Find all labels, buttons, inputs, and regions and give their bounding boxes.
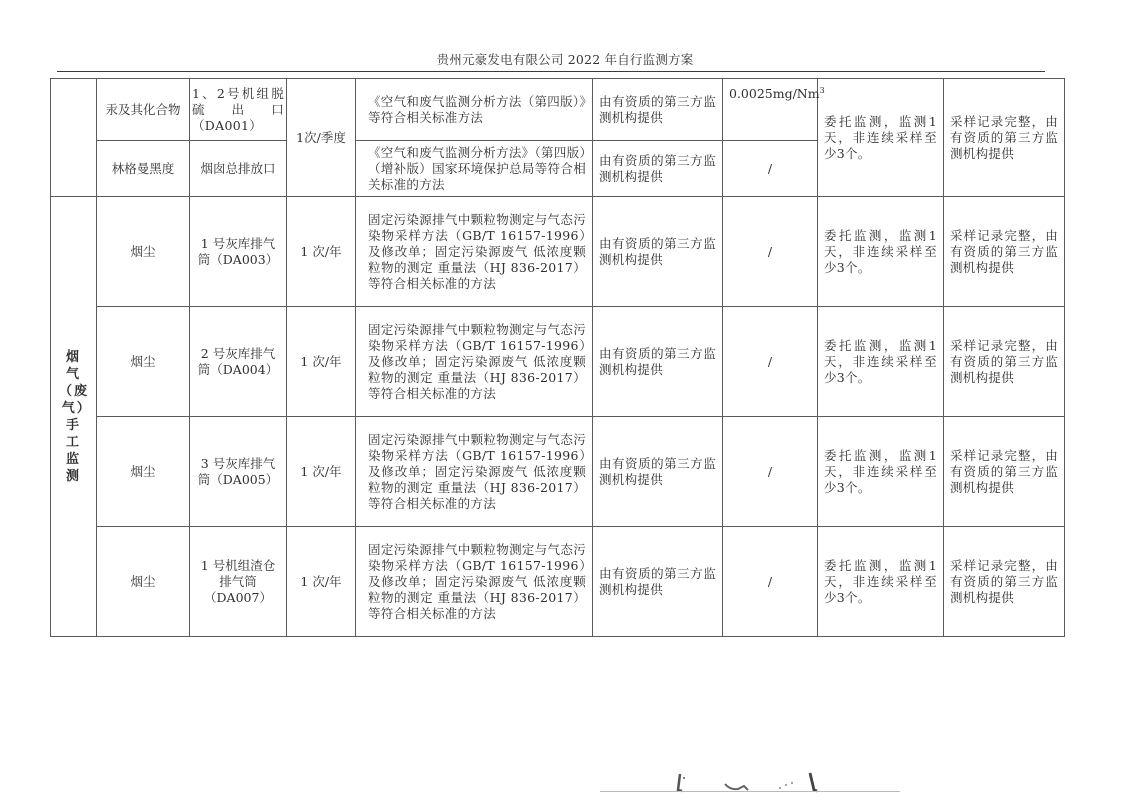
detection-limit-cell: /	[723, 307, 818, 417]
frequency-cell: 1 次/年	[287, 197, 356, 307]
location-cell: 2 号灰库排气筒（DA004）	[190, 307, 287, 417]
frequency-cell: 1次/季度	[287, 79, 356, 197]
location-cell: 烟囱总排放口	[190, 141, 287, 197]
instrument-cell: 由有资质的第三方监测机构提供	[593, 79, 723, 141]
table-row: 烟尘 3 号灰库排气筒（DA005） 1 次/年 固定污染源排气中颗粒物测定与气…	[51, 417, 1065, 527]
table-row: 汞及其化合物 1、2号机组脱硫出口（DA001） 1次/季度 《空气和废气监测分…	[51, 79, 1065, 141]
header-rule	[57, 71, 1045, 72]
footer-rule	[600, 791, 900, 792]
detection-limit-cell: /	[723, 527, 818, 637]
frequency-cell: 1 次/年	[287, 417, 356, 527]
detection-limit-cell: /	[723, 417, 818, 527]
detection-limit-superscript: 3	[820, 86, 825, 95]
instrument-cell: 由有资质的第三方监测机构提供	[593, 417, 723, 527]
method-cell: 固定污染源排气中颗粒物测定与气态污染物采样方法（GB/T 16157-1996）…	[356, 417, 593, 527]
detection-limit-cell: /	[723, 141, 818, 197]
sampling-cell: 委托监测，监测1天，非连续采样至少3个。	[818, 197, 944, 307]
qa-cell: 采样记录完整，由有资质的第三方监测机构提供	[944, 417, 1065, 527]
detection-limit-cell: 0.0025mg/Nm3	[723, 79, 818, 141]
instrument-cell: 由有资质的第三方监测机构提供	[593, 141, 723, 197]
instrument-cell: 由有资质的第三方监测机构提供	[593, 307, 723, 417]
qa-cell: 采样记录完整，由有资质的第三方监测机构提供	[944, 79, 1065, 197]
category-cell: 烟气（废气）手工监测	[51, 197, 97, 637]
sampling-cell: 委托监测，监测1天，非连续采样至少3个。	[818, 307, 944, 417]
sampling-cell: 委托监测，监测1天，非连续采样至少3个。	[818, 417, 944, 527]
pollutant-cell: 烟尘	[97, 197, 190, 307]
pollutant-cell: 烟尘	[97, 417, 190, 527]
table-row: 烟尘 1 号机组渣仓排气筒（DA007） 1 次/年 固定污染源排气中颗粒物测定…	[51, 527, 1065, 637]
table-row: 烟尘 2 号灰库排气筒（DA004） 1 次/年 固定污染源排气中颗粒物测定与气…	[51, 307, 1065, 417]
qa-cell: 采样记录完整，由有资质的第三方监测机构提供	[944, 527, 1065, 637]
method-cell: 固定污染源排气中颗粒物测定与气态污染物采样方法（GB/T 16157-1996）…	[356, 527, 593, 637]
method-cell: 《空气和废气监测分析方法（第四版）》等符合相关标准方法	[356, 79, 593, 141]
page-header-title: 贵州元豪发电有限公司 2022 年自行监测方案	[0, 50, 1130, 68]
sampling-cell: 委托监测，监测1天，非连续采样至少3个。	[818, 527, 944, 637]
pollutant-cell: 烟尘	[97, 527, 190, 637]
instrument-cell: 由有资质的第三方监测机构提供	[593, 527, 723, 637]
pollutant-cell: 汞及其化合物	[97, 79, 190, 141]
frequency-cell: 1 次/年	[287, 307, 356, 417]
method-cell: 固定污染源排气中颗粒物测定与气态污染物采样方法（GB/T 16157-1996）…	[356, 197, 593, 307]
detection-limit-cell: /	[723, 197, 818, 307]
category-cell-continued	[51, 79, 97, 197]
table-row: 烟气（废气）手工监测 烟尘 1 号灰库排气筒（DA003） 1 次/年 固定污染…	[51, 197, 1065, 307]
method-cell: 《空气和废气监测分析方法》（第四版）（增补版）国家环境保护总局等符合相关标准的方…	[356, 141, 593, 197]
pollutant-cell: 烟尘	[97, 307, 190, 417]
location-cell: 1 号灰库排气筒（DA003）	[190, 197, 287, 307]
frequency-cell: 1 次/年	[287, 527, 356, 637]
instrument-cell: 由有资质的第三方监测机构提供	[593, 197, 723, 307]
sampling-cell: 委托监测，监测1天，非连续采样至少3个。	[818, 79, 944, 197]
qa-cell: 采样记录完整，由有资质的第三方监测机构提供	[944, 197, 1065, 307]
location-cell: 1、2号机组脱硫出口（DA001）	[190, 79, 287, 141]
method-cell: 固定污染源排气中颗粒物测定与气态污染物采样方法（GB/T 16157-1996）…	[356, 307, 593, 417]
detection-limit-value: 0.0025mg/Nm	[729, 86, 820, 101]
qa-cell: 采样记录完整，由有资质的第三方监测机构提供	[944, 307, 1065, 417]
monitoring-table: 汞及其化合物 1、2号机组脱硫出口（DA001） 1次/季度 《空气和废气监测分…	[50, 78, 1065, 637]
location-cell: 1 号机组渣仓排气筒（DA007）	[190, 527, 287, 637]
pollutant-cell: 林格曼黑度	[97, 141, 190, 197]
location-cell: 3 号灰库排气筒（DA005）	[190, 417, 287, 527]
